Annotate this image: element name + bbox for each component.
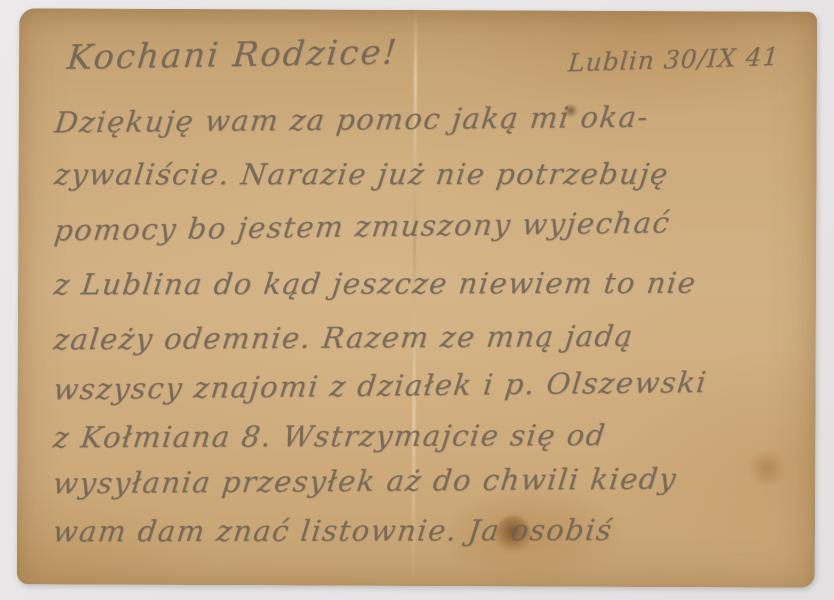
letter-line: wysyłania przesyłek aż do chwili kiedy [50, 452, 805, 510]
letter-line: z Lublina do kąd jeszcze niewiem to nie [51, 256, 806, 310]
letter-header: Kochani Rodzice! Lublin 30/IX 41 [67, 34, 787, 77]
letter-line: zywaliście. Narazie już nie potrzebuję [51, 148, 806, 201]
letter-body: Dziękuję wam za pomoc jaką mi oka- zywal… [53, 96, 803, 560]
salutation: Kochani Rodzice! [65, 32, 400, 78]
letter-line: wam dam znać listownie. Ja osobiś [50, 503, 805, 557]
postcard-paper: Kochani Rodzice! Lublin 30/IX 41 Dziękuj… [17, 8, 818, 587]
handwritten-letter: Kochani Rodzice! Lublin 30/IX 41 Dziękuj… [17, 8, 818, 587]
letter-line: pomocy bo jestem zmuszony wyjechać [51, 195, 806, 257]
letter-line: Dziękuję wam za pomoc jaką mi oka- [52, 89, 807, 148]
letter-line: wszyscy znajomi z działek i p. Olszewski [51, 355, 806, 415]
dateline: Lublin 30/IX 41 [567, 42, 780, 78]
